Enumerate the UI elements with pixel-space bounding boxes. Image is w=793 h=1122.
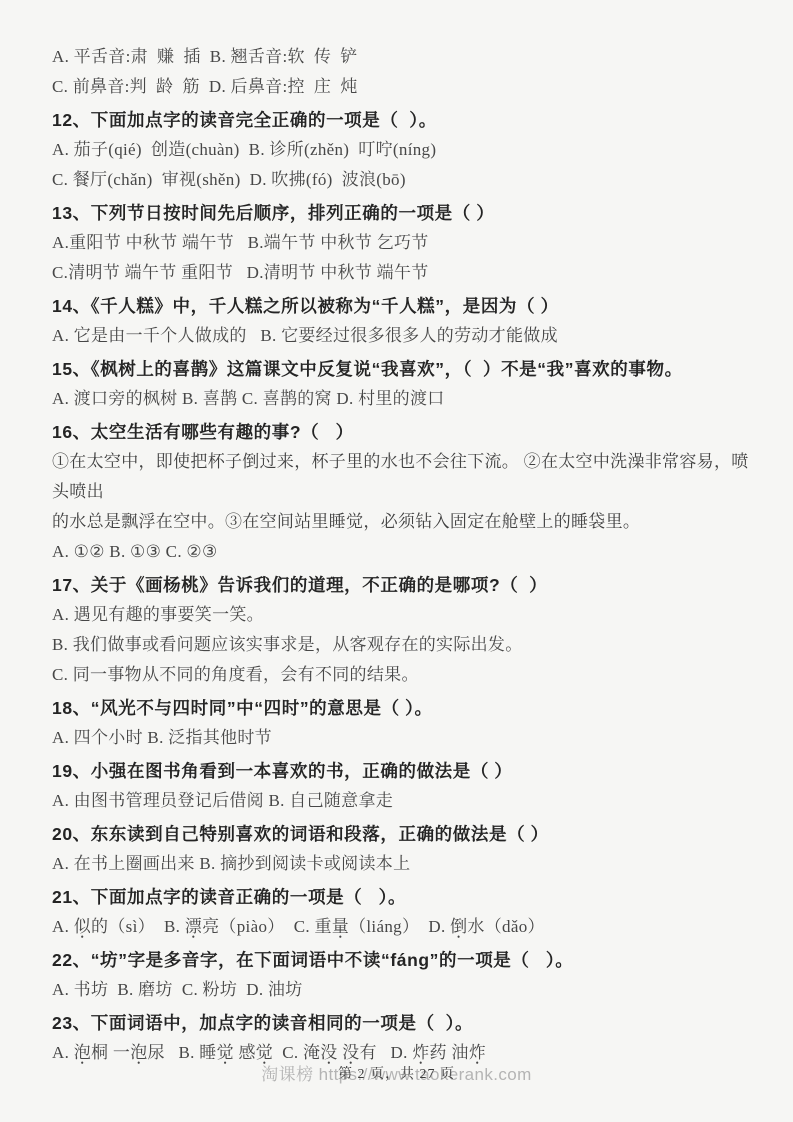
emphasis-dot-char: 倒 (450, 917, 467, 936)
option-line: B. 我们做事或看问题应该实事求是，从客观存在的实际出发。 (52, 630, 759, 660)
question-line: 21、下面加点字的读音正确的一项是（ ）。 (52, 882, 759, 912)
option-line: A.重阳节 中秋节 端午节 B.端午节 中秋节 乞巧节 (52, 228, 759, 258)
emphasis-dot-char: 量 (332, 917, 349, 936)
option-line: C. 同一事物从不同的角度看，会有不同的结果。 (52, 660, 759, 690)
body-text-line: 的水总是飘浮在空中。③在空间站里睡觉，必须钻入固定在舱壁上的睡袋里。 (52, 507, 759, 537)
body-text-line: ①在太空中，即使把杯子倒过来，杯子里的水也不会往下流。 ②在太空中洗澡非常容易，… (52, 447, 759, 507)
question-line: 12、下面加点字的读音完全正确的一项是（ ）。 (52, 105, 759, 135)
emphasis-dot-char: 似 (74, 917, 91, 936)
question-line: 22、“坊”字是多音字，在下面词语中不读“fáng”的一项是（ ）。 (52, 945, 759, 975)
option-line: A. 由图书管理员登记后借阅 B. 自己随意拿走 (52, 786, 759, 816)
option-line: A. 在书上圈画出来 B. 摘抄到阅读卡或阅读本上 (52, 849, 759, 879)
option-line: A. 书坊 B. 磨坊 C. 粉坊 D. 油坊 (52, 975, 759, 1005)
question-line: 13、下列节日按时间先后顺序，排列正确的一项是（ ） (52, 198, 759, 228)
option-line: A. 四个小时 B. 泛指其他时节 (52, 723, 759, 753)
question-line: 16、太空生活有哪些有趣的事?（ ） (52, 417, 759, 447)
question-line: 14、《千人糕》中，千人糕之所以被称为“千人糕”，是因为（ ） (52, 291, 759, 321)
question-line: 18、“风光不与四时同”中“四时”的意思是（ ）。 (52, 693, 759, 723)
page-footer: 淘课榜 https://www.taokerank.com 第 2 页，共 27… (0, 1060, 793, 1090)
option-line: A. 平舌音:肃 赚 插 B. 翘舌音:软 传 铲 (52, 42, 759, 72)
question-list: A. 平舌音:肃 赚 插 B. 翘舌音:软 传 铲C. 前鼻音:判 龄 筋 D.… (52, 42, 759, 1068)
option-line: A. 渡口旁的枫树 B. 喜鹊 C. 喜鹊的窝 D. 村里的渡口 (52, 384, 759, 414)
question-line: 19、小强在图书角看到一本喜欢的书，正确的做法是（ ） (52, 756, 759, 786)
option-line: A. 似的（sì） B. 漂亮（piào） C. 重量（liáng） D. 倒水… (52, 912, 759, 942)
question-line: 20、东东读到自己特别喜欢的词语和段落，正确的做法是（ ） (52, 819, 759, 849)
option-line: A. 它是由一千个人做成的 B. 它要经过很多很多人的劳动才能做成 (52, 321, 759, 351)
option-line: C. 餐厅(chǎn) 审视(shěn) D. 吹拂(fó) 波浪(bō) (52, 165, 759, 195)
page-number-label: 第 2 页，共 27 页 (0, 1063, 793, 1083)
option-line: A. ①② B. ①③ C. ②③ (52, 537, 759, 567)
emphasis-dot-char: 漂 (185, 917, 202, 936)
question-line: 15、《枫树上的喜鹊》这篇课文中反复说“我喜欢”，（ ）不是“我”喜欢的事物。 (52, 354, 759, 384)
option-line: C.清明节 端午节 重阳节 D.清明节 中秋节 端午节 (52, 258, 759, 288)
question-line: 17、关于《画杨桃》告诉我们的道理，不正确的是哪项?（ ） (52, 570, 759, 600)
option-line: C. 前鼻音:判 龄 筋 D. 后鼻音:控 庄 炖 (52, 72, 759, 102)
option-line: A. 遇见有趣的事要笑一笑。 (52, 600, 759, 630)
question-line: 23、下面词语中，加点字的读音相同的一项是（ ）。 (52, 1008, 759, 1038)
document-page: A. 平舌音:肃 赚 插 B. 翘舌音:软 传 铲C. 前鼻音:判 龄 筋 D.… (0, 0, 793, 1122)
option-line: A. 茄子(qié) 创造(chuàn) B. 诊所(zhěn) 叮咛(níng… (52, 135, 759, 165)
